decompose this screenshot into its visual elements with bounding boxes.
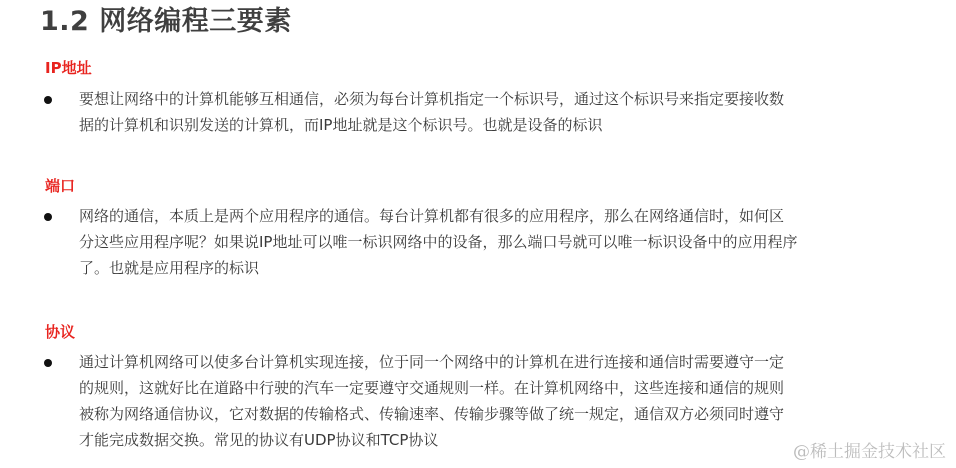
section-heading-ip-address: IP地址 [45, 58, 92, 78]
text-line: 网络的通信，本质上是两个应用程序的通信。每台计算机都有很多的应用程序，那么在网络… [79, 203, 879, 229]
text-line: 据的计算机和识别发送的计算机，而IP地址就是这个标识号。也就是设备的标识 [79, 112, 879, 138]
bullet-icon [44, 213, 52, 221]
paragraph-ip-address: 要想让网络中的计算机能够互相通信，必须为每台计算机指定一个标识号，通过这个标识号… [79, 86, 879, 138]
text-line: 的规则，这就好比在道路中行驶的汽车一定要遵守交通规则一样。在计算机网络中，这些连… [79, 375, 879, 401]
bullet-icon [44, 96, 52, 104]
text-line: 要想让网络中的计算机能够互相通信，必须为每台计算机指定一个标识号，通过这个标识号… [79, 86, 879, 112]
paragraph-protocol: 通过计算机网络可以使多台计算机实现连接，位于同一个网络中的计算机在进行连接和通信… [79, 349, 879, 453]
text-line: 被称为网络通信协议，它对数据的传输格式、传输速率、传输步骤等做了统一规定，通信双… [79, 401, 879, 427]
text-line: 通过计算机网络可以使多台计算机实现连接，位于同一个网络中的计算机在进行连接和通信… [79, 349, 879, 375]
section-heading-protocol: 协议 [45, 322, 75, 342]
text-line: 分这些应用程序呢？如果说IP地址可以唯一标识网络中的设备，那么端口号就可以唯一标… [79, 229, 879, 255]
paragraph-port: 网络的通信，本质上是两个应用程序的通信。每台计算机都有很多的应用程序，那么在网络… [79, 203, 879, 281]
text-line: 才能完成数据交换。常见的协议有UDP协议和TCP协议 [79, 427, 879, 453]
bullet-icon [44, 359, 52, 367]
watermark: @稀土掘金技术社区 [793, 437, 946, 462]
section-heading-port: 端口 [45, 176, 75, 196]
text-line: 了。也就是应用程序的标识 [79, 255, 879, 281]
page-title: 1.2 网络编程三要素 [40, 4, 292, 40]
